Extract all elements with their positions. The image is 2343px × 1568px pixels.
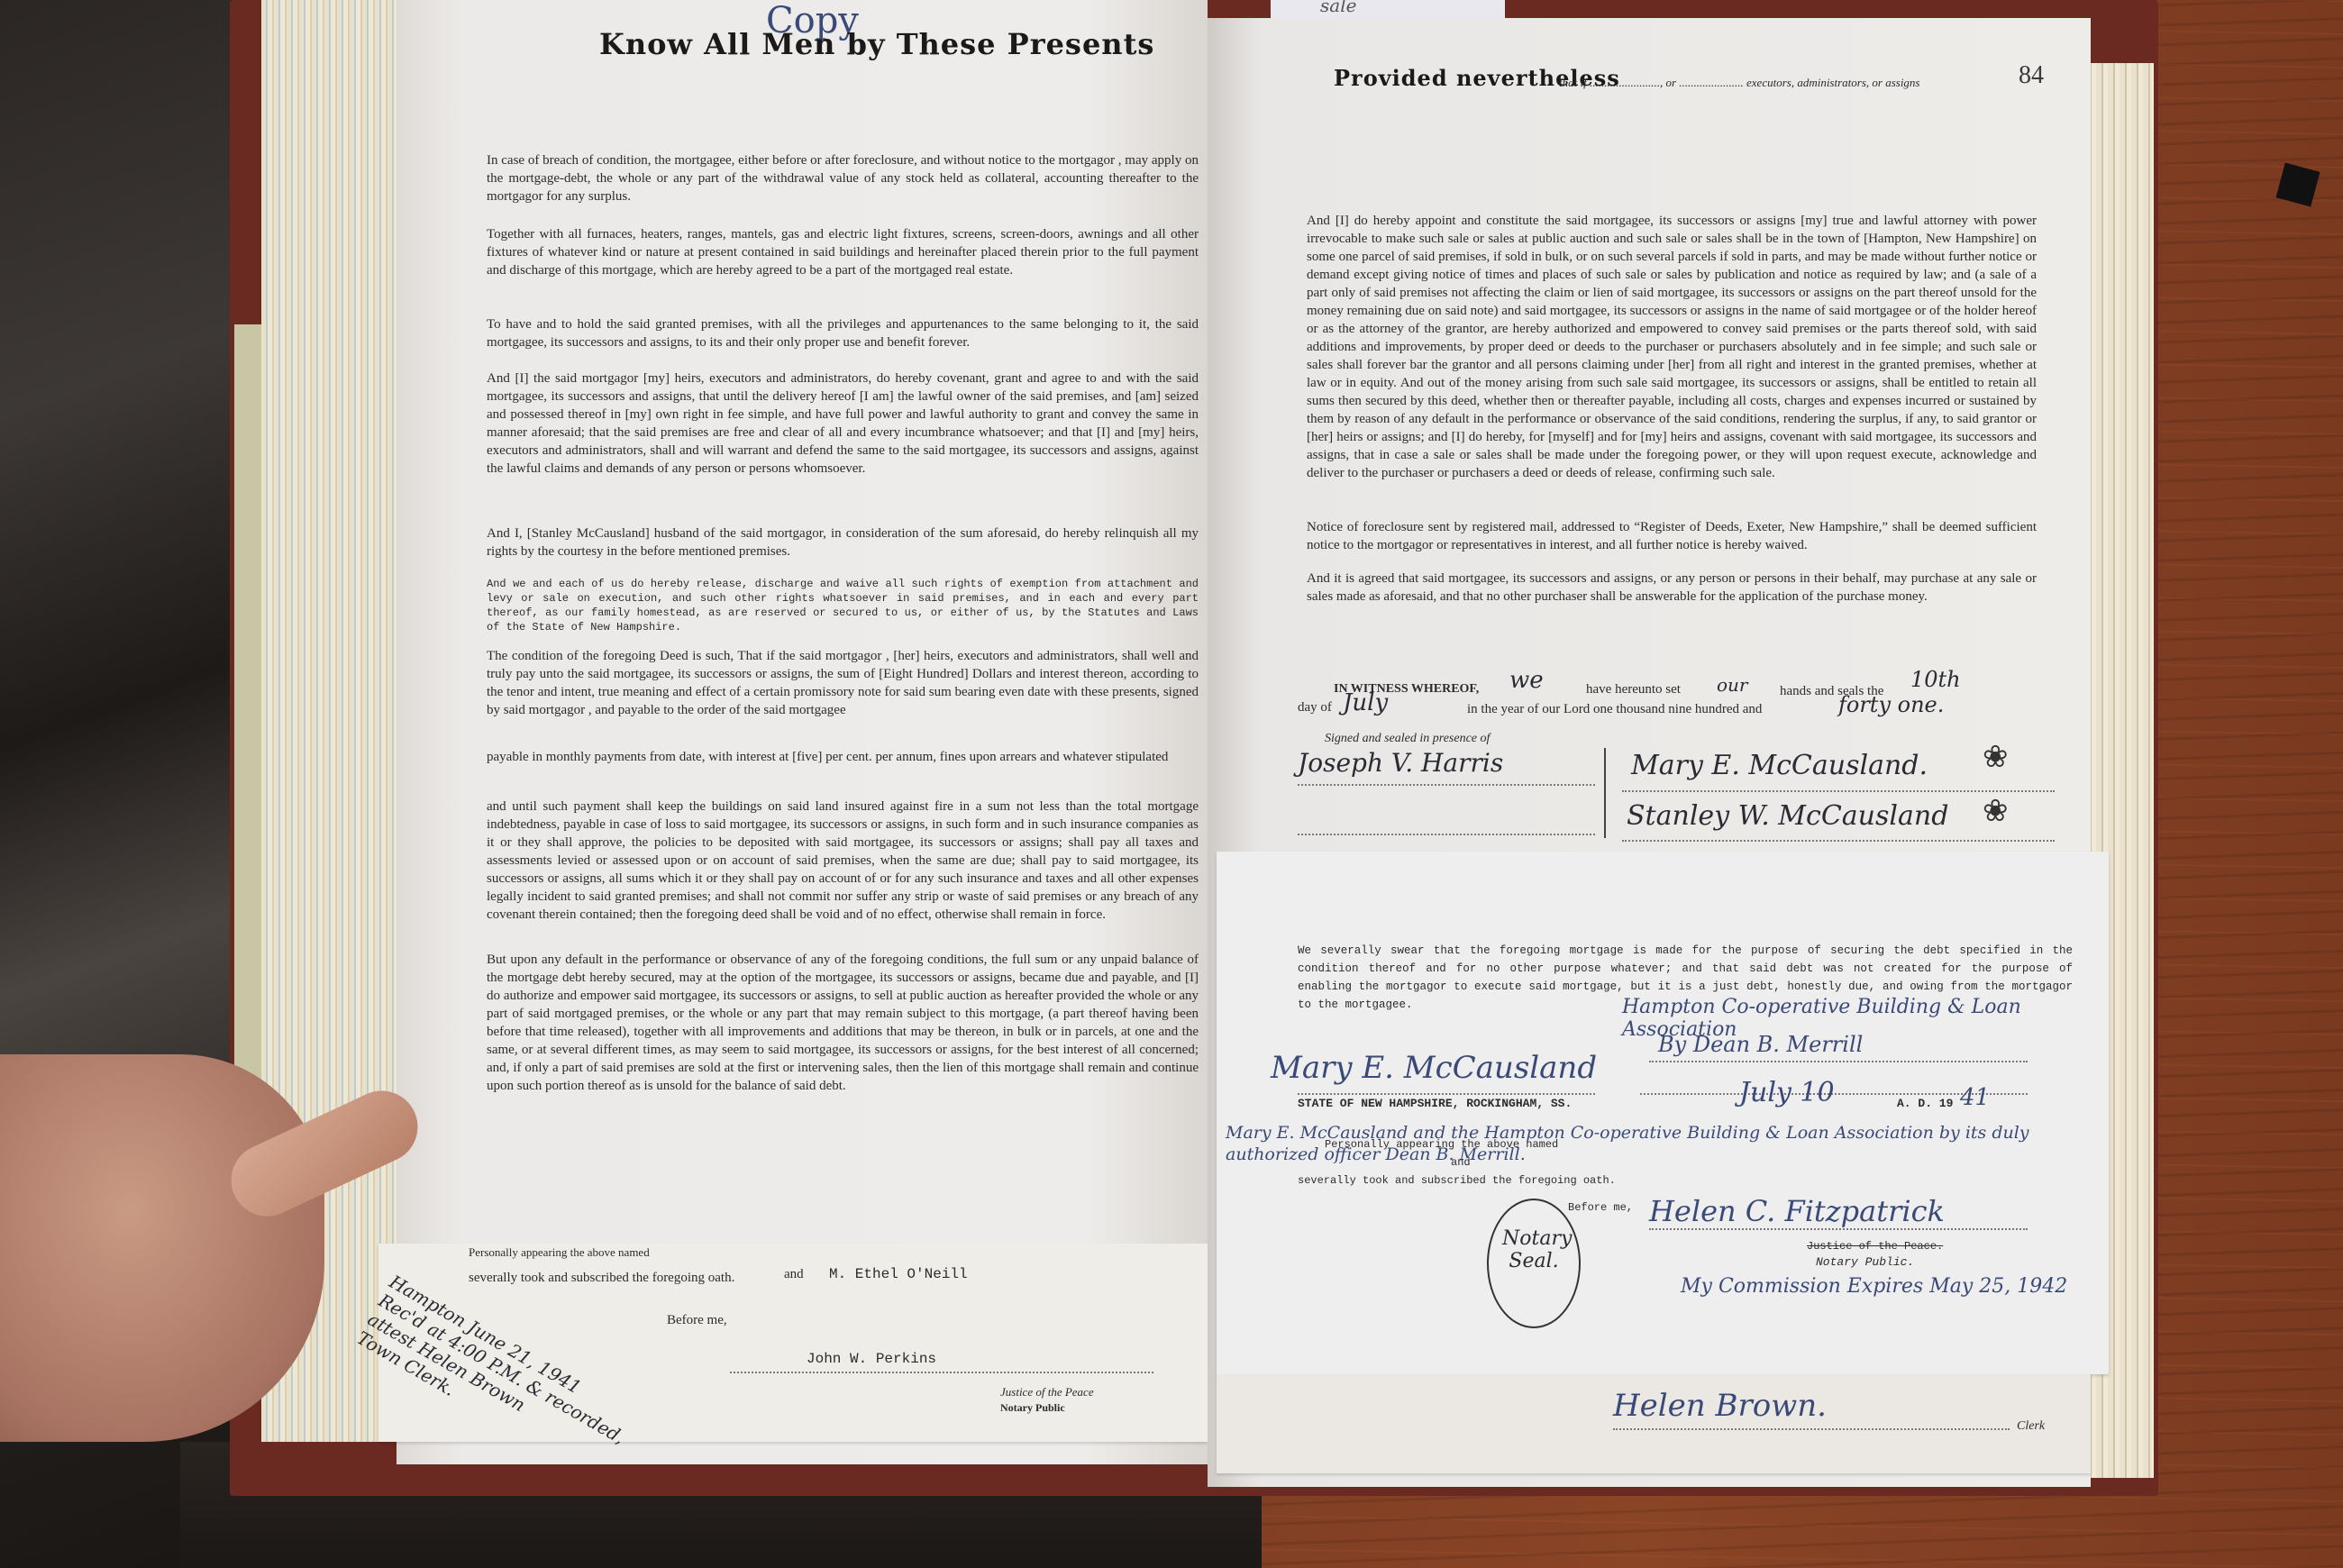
hand-day: 10th [1910, 667, 1961, 692]
clerk-strip: Helen Brown. Clerk [1217, 1374, 2091, 1473]
state-line: STATE OF NEW HAMPSHIRE, ROCKINGHAM, SS. [1298, 1095, 1658, 1113]
page-number: 84 [2019, 61, 2044, 90]
ack-date: July 10 [1739, 1077, 1835, 1108]
and-label: and [1451, 1153, 1487, 1171]
notary-title: Notary Public [1000, 1399, 1181, 1417]
paragraph-covenant: And [I] the said mortgagor [my] heirs, e… [487, 369, 1199, 478]
paragraph-insurance: and until such payment shall keep the bu… [487, 798, 1199, 924]
paragraph-payable: payable in monthly payments from date, w… [487, 748, 1199, 766]
ack-year: 41 [1960, 1084, 1990, 1111]
paragraph-homestead: And we and each of us do hereby release,… [487, 577, 1199, 634]
tab-label-text: sale [1320, 0, 1356, 16]
justice-name: John W. Perkins [807, 1350, 1077, 1368]
ad-label: A. D. 19 [1897, 1095, 1969, 1113]
mortgagee-officer-signature: By Dean B. Merrill [1658, 1032, 1863, 1057]
acknowledgment-strip-left: Personally appearing the above named sev… [378, 1244, 1208, 1442]
clerk-label: Clerk [2017, 1418, 2071, 1436]
before-me-label: Before me, [667, 1311, 847, 1329]
witness-line [1298, 784, 1595, 786]
paragraph-default: But upon any default in the performance … [487, 951, 1199, 1095]
signature-line [730, 1372, 1153, 1373]
paragraph-breach: In case of breach of condition, the mort… [487, 151, 1199, 205]
clerk-signature: Helen Brown. [1613, 1388, 1827, 1424]
paragraph-power-of-sale: And [I] do hereby appoint and constitute… [1307, 212, 2037, 482]
hand-month: July [1343, 689, 1388, 716]
signature-line [1613, 1428, 2010, 1430]
witness-line [1298, 834, 1595, 835]
header-rest: that if ........................, or ...… [1559, 74, 2028, 92]
book-spine-cloth [234, 324, 261, 1099]
signature-line [1649, 1228, 2028, 1230]
signature-line [1649, 1061, 2028, 1062]
commission-expiry: My Commission Expires May 25, 1942 [1681, 1275, 2067, 1298]
ack-named-parties: Mary E. McCausland and the Hampton Co-op… [1226, 1122, 2082, 1165]
paragraph-condition: The condition of the foregoing Deed is s… [487, 647, 1199, 719]
mortgagor-signature: Mary E. McCausland. [1631, 750, 1928, 781]
seal-mark-icon: ❀ [1983, 739, 2009, 775]
hand-year: forty one. [1838, 692, 1944, 717]
personally-line: Personally appearing the above named [469, 1244, 829, 1262]
paragraph-fixtures: Together with all furnaces, heaters, ran… [487, 225, 1199, 279]
paragraph-notice: Notice of foreclosure sent by registered… [1307, 518, 2037, 554]
witness-signature: Joseph V. Harris [1298, 748, 1503, 778]
oath-mortgagor-signature: Mary E. McCausland [1271, 1050, 1597, 1086]
seal-mark-icon: ❀ [1983, 793, 2009, 829]
named-party: M. Ethel O'Neill [829, 1265, 1099, 1283]
witness-year-text: in the year of our Lord one thousand nin… [1467, 700, 1846, 718]
signature-line [1622, 840, 2055, 842]
signed-sealed-label: Signed and sealed in presence of [1325, 730, 1595, 748]
hand-we: we [1509, 667, 1544, 694]
notary-signature: Helen C. Fitzpatrick [1649, 1194, 1945, 1228]
and-label: and [784, 1265, 820, 1283]
signature-line [1622, 790, 2055, 792]
oath-acknowledgment-strip: We severally swear that the foregoing mo… [1217, 852, 2109, 1374]
notary-title: Notary Public. [1816, 1253, 1996, 1272]
before-me-label: Before me, [1568, 1199, 1658, 1217]
paragraph-to-have: To have and to hold the said granted pre… [487, 315, 1199, 351]
paragraph-husband: And I, [Stanley McCausland] husband of t… [487, 524, 1199, 561]
human-hand [0, 1054, 324, 1442]
husband-signature: Stanley W. McCausland [1627, 800, 1948, 832]
took-oath-line: severally took and subscribed the forego… [1298, 1171, 1658, 1190]
notary-seal-text: Notary Seal. [1502, 1227, 1565, 1272]
hand-our: our [1717, 674, 1747, 696]
justice-title-struck: Justice of the Peace. [1807, 1237, 1987, 1255]
paragraph-agreed: And it is agreed that said mortgagee, it… [1307, 570, 2037, 606]
page-heading: Know All Men by These Presents [599, 27, 1154, 61]
notary-seal: Notary Seal. [1487, 1199, 1581, 1328]
signature-brace [1604, 748, 1606, 838]
took-oath-line: severally took and subscribed the forego… [469, 1269, 829, 1287]
